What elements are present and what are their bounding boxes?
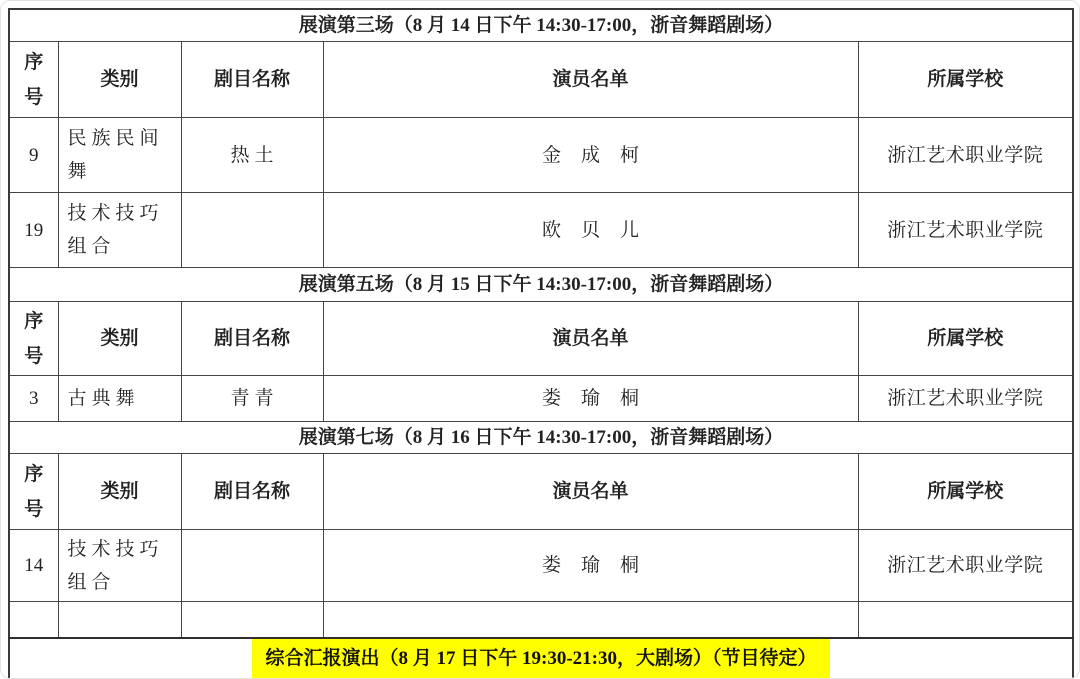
cell-seq: 9 <box>9 118 58 193</box>
cell-school <box>858 602 1073 638</box>
section-title: 展演第七场（8 月 16 日下午 14:30-17:00，浙音舞蹈剧场） <box>9 422 1073 454</box>
cell-school: 浙江艺术职业学院 <box>858 376 1073 422</box>
cell-performers: 娄瑜桐 <box>323 376 858 422</box>
cell-performers: 欧贝儿 <box>323 193 858 268</box>
column-header-category: 类别 <box>58 454 181 530</box>
footer-highlight: 综合汇报演出（8 月 17 日下午 19:30-21:30，大剧场）（节目待定） <box>252 639 831 679</box>
cell-program <box>181 602 323 638</box>
column-header-performers: 演员名单 <box>323 302 858 376</box>
column-header-row: 序号 类别 剧目名称 演员名单 所属学校 <box>9 302 1073 376</box>
table-row-empty <box>9 602 1073 638</box>
column-header-school: 所属学校 <box>858 42 1073 118</box>
section-title: 展演第五场（8 月 15 日下午 14:30-17:00，浙音舞蹈剧场） <box>9 268 1073 302</box>
column-header-performers: 演员名单 <box>323 42 858 118</box>
cell-seq: 3 <box>9 376 58 422</box>
column-header-program: 剧目名称 <box>181 42 323 118</box>
cell-category: 民族民间舞 <box>58 118 181 193</box>
cell-seq <box>9 602 58 638</box>
footer-cell: 综合汇报演出（8 月 17 日下午 19:30-21:30，大剧场）（节目待定） <box>9 638 1073 679</box>
column-header-row: 序号 类别 剧目名称 演员名单 所属学校 <box>9 454 1073 530</box>
column-header-seq: 序号 <box>9 42 58 118</box>
column-header-category: 类别 <box>58 42 181 118</box>
cell-seq: 19 <box>9 193 58 268</box>
section-title-row: 展演第五场（8 月 15 日下午 14:30-17:00，浙音舞蹈剧场） <box>9 268 1073 302</box>
section-title: 展演第三场（8 月 14 日下午 14:30-17:00，浙音舞蹈剧场） <box>9 9 1073 42</box>
column-header-seq-label: 序号 <box>23 304 45 374</box>
column-header-category: 类别 <box>58 302 181 376</box>
cell-program <box>181 530 323 602</box>
cell-performers <box>323 602 858 638</box>
cell-school: 浙江艺术职业学院 <box>858 118 1073 193</box>
cell-seq: 14 <box>9 530 58 602</box>
footer-row: 综合汇报演出（8 月 17 日下午 19:30-21:30，大剧场）（节目待定） <box>9 638 1073 679</box>
cell-performers: 金成柯 <box>323 118 858 193</box>
cell-category: 技术技巧组合 <box>58 530 181 602</box>
cell-category: 古典舞 <box>58 376 181 422</box>
section-title-row: 展演第三场（8 月 14 日下午 14:30-17:00，浙音舞蹈剧场） <box>9 9 1073 42</box>
column-header-seq: 序号 <box>9 302 58 376</box>
table-row: 3 古典舞 青青 娄瑜桐 浙江艺术职业学院 <box>9 376 1073 422</box>
cell-program: 青青 <box>181 376 323 422</box>
column-header-school: 所属学校 <box>858 302 1073 376</box>
document-page: 展演第三场（8 月 14 日下午 14:30-17:00，浙音舞蹈剧场） 序号 … <box>0 0 1080 679</box>
table-row: 19 技术技巧组合 欧贝儿 浙江艺术职业学院 <box>9 193 1073 268</box>
performance-schedule-table: 展演第三场（8 月 14 日下午 14:30-17:00，浙音舞蹈剧场） 序号 … <box>8 8 1074 679</box>
table-row: 14 技术技巧组合 娄瑜桐 浙江艺术职业学院 <box>9 530 1073 602</box>
section-title-row: 展演第七场（8 月 16 日下午 14:30-17:00，浙音舞蹈剧场） <box>9 422 1073 454</box>
column-header-program: 剧目名称 <box>181 302 323 376</box>
column-header-row: 序号 类别 剧目名称 演员名单 所属学校 <box>9 42 1073 118</box>
cell-school: 浙江艺术职业学院 <box>858 193 1073 268</box>
column-header-seq: 序号 <box>9 454 58 530</box>
cell-program: 热土 <box>181 118 323 193</box>
table-row: 9 民族民间舞 热土 金成柯 浙江艺术职业学院 <box>9 118 1073 193</box>
column-header-performers: 演员名单 <box>323 454 858 530</box>
cell-category <box>58 602 181 638</box>
column-header-school: 所属学校 <box>858 454 1073 530</box>
cell-performers: 娄瑜桐 <box>323 530 858 602</box>
cell-school: 浙江艺术职业学院 <box>858 530 1073 602</box>
column-header-program: 剧目名称 <box>181 454 323 530</box>
column-header-seq-label: 序号 <box>23 457 45 527</box>
cell-program <box>181 193 323 268</box>
cell-category: 技术技巧组合 <box>58 193 181 268</box>
column-header-seq-label: 序号 <box>23 45 45 115</box>
